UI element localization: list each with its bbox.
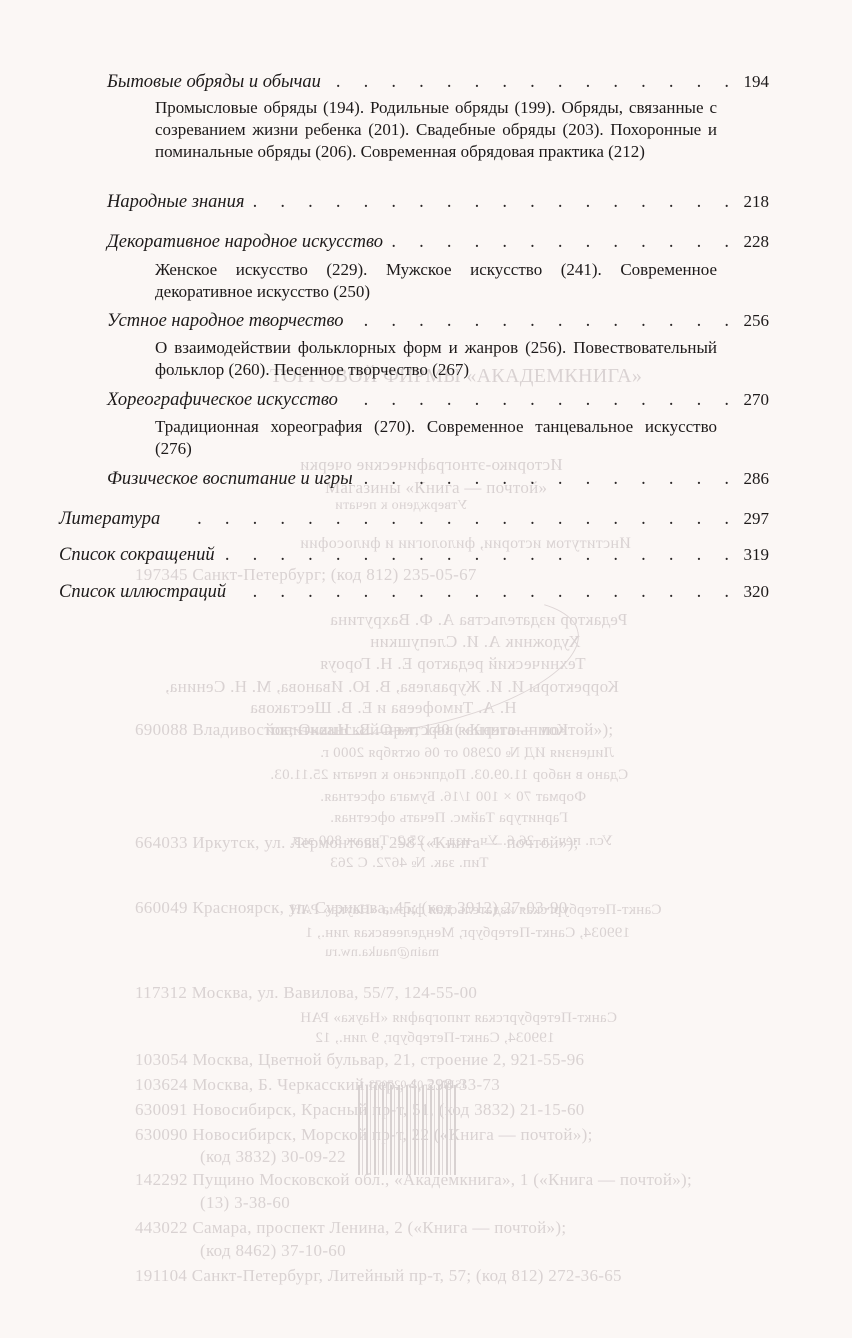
bleed-through-text: 103054 Москва, Цветной бульвар, 21, стро… (135, 1050, 584, 1070)
dot-leader (389, 230, 729, 254)
toc-entry[interactable]: Список иллюстраций 320 (59, 580, 769, 604)
toc-entry-title: Физическое воспитание и игры (107, 467, 353, 491)
toc-page-number: 228 (735, 230, 769, 254)
bleed-through-text: Технический редактор Е. Н. Гороуя (320, 654, 586, 674)
toc-subtopics: Традиционная хореография (270). Современ… (155, 416, 717, 460)
toc-entry-title: Список сокращений (59, 543, 215, 567)
toc-entry-title: Устное народное творчество (107, 309, 344, 333)
barcode-ghost (358, 1085, 458, 1175)
book-page: ТОРГОВОЙ ФИРМЫ «АКАДЕМКНИГА»Историко-этн… (0, 0, 852, 1338)
toc-subtopics: Женское искусство (229). Мужское искусст… (155, 259, 717, 303)
toc-entry[interactable]: Декоративное народное искусство 228 (107, 230, 769, 254)
bleed-through-text: Формат 70 × 100 1/16. Бумага офсетная. (320, 789, 586, 806)
toc-entry[interactable]: Хореографическое искусство 270 (107, 388, 769, 412)
toc-subtopics: О взаимодействии фольклорных форм и жанр… (155, 337, 717, 381)
bleed-through-text: 103624 Москва, Б. Черкасский пер., 4, 29… (135, 1075, 500, 1095)
dot-leader (350, 309, 729, 333)
bleed-through-text: ISBN 5-02-027073-1 (358, 1077, 466, 1092)
bleed-through-text: Компьютерная верстка О. В. Никитиной (265, 720, 568, 740)
toc-entry-title: Декоративное народное искусство (107, 230, 383, 254)
dot-leader (232, 580, 729, 604)
toc-page-number: 256 (735, 309, 769, 333)
bleed-through-text: Тип. зак. № 4672. С 263 (330, 855, 488, 872)
toc-page-number: 286 (735, 467, 769, 491)
toc-page-number: 320 (735, 580, 769, 604)
dot-leader (221, 543, 729, 567)
bleed-through-text: 191104 Санкт-Петербург, Литейный пр-т, 5… (135, 1266, 622, 1286)
bleed-through-text: Сдано в набор 11.09.03. Подписано к печа… (270, 767, 628, 784)
bleed-through-text: main@nauka.nw.ru (325, 945, 439, 961)
toc-subtopics: Промысловые обряды (194). Родильные обря… (155, 97, 717, 163)
toc-entry-title: Список иллюстраций (59, 580, 226, 604)
bleed-through-text: Лицензия ИД № 02980 от 06 октября 2000 г… (320, 745, 614, 762)
bleed-through-text: (13) 3-38-60 (200, 1193, 290, 1213)
bleed-through-text: Н. А. Тимофеева и Е. В. Шестакова (250, 698, 517, 718)
bleed-through-text: (код 3832) 30-09-22 (200, 1147, 346, 1167)
toc-page-number: 194 (735, 70, 769, 94)
bleed-through-text: 630091 Новосибирск, Красный пр-т, 51, (к… (135, 1100, 585, 1120)
toc-entry[interactable]: Литература 297 (59, 507, 769, 531)
toc-entry[interactable]: Народные знания 218 (107, 190, 769, 214)
bleed-through-text: Гарнитура Таймс. Печать офсетная. (330, 810, 568, 827)
toc-page-number: 319 (735, 543, 769, 567)
toc-entry-title: Хореографическое искусство (107, 388, 338, 412)
bleed-through-text: Усл. печ. л. 26,6. Уч.-изд. л. 25,2. Тир… (290, 833, 613, 850)
bleed-through-text: 117312 Москва, ул. Вавилова, 55/7, 124-5… (135, 983, 477, 1003)
bleed-through-text: Корректоры И. И. Журавлева, В. Ю. Иванов… (165, 677, 619, 697)
toc-page-number: 218 (735, 190, 769, 214)
bleed-through-text: Редактор издательства А. Ф. Вахрутина (330, 610, 627, 630)
dot-leader (359, 467, 729, 491)
bleed-through-text: 664033 Иркутск, ул. Лермонтова, 298 («Кн… (135, 833, 579, 853)
bleed-through-text: 660049 Красноярск, ул. Сурикова, 45; (ко… (135, 898, 568, 918)
bleed-through-text: (код 8462) 37-10-60 (200, 1241, 346, 1261)
bleed-through-text: 690088 Владивосток, Океанский пр-т, 140 … (135, 720, 613, 740)
bleed-through-text: Художник А. И. Слепушкин (370, 632, 581, 652)
bleed-through-text: 199034, Санкт-Петербург, 9 лин., 12 (315, 1030, 555, 1047)
dot-leader (344, 388, 729, 412)
toc-page-number: 270 (735, 388, 769, 412)
dot-leader (327, 70, 729, 94)
bleed-through-text: 199034, Санкт-Петербург, Менделеевская л… (305, 925, 630, 942)
bleed-through-text: Санкт-Петербургская издательская фирма «… (290, 902, 662, 919)
dot-leader (250, 190, 729, 214)
bleed-through-text: Санкт-Петербургская типография «Наука» Р… (300, 1010, 617, 1027)
toc-entry[interactable]: Список сокращений 319 (59, 543, 769, 567)
toc-entry-title: Литература (59, 507, 160, 531)
bleed-through-text: 630090 Новосибирск, Морской пр-т, 22 («К… (135, 1125, 593, 1145)
toc-entry-title: Народные знания (107, 190, 244, 214)
toc-page-number: 297 (735, 507, 769, 531)
bleed-through-text: 142292 Пущино Московской обл., «Академкн… (135, 1170, 692, 1190)
toc-entry[interactable]: Устное народное творчество 256 (107, 309, 769, 333)
toc-entry[interactable]: Физическое воспитание и игры 286 (107, 467, 769, 491)
toc-entry-title: Бытовые обряды и обычаи (107, 70, 321, 94)
toc-entry[interactable]: Бытовые обряды и обычаи 194 (107, 70, 769, 94)
dot-leader (166, 507, 729, 531)
bleed-through-text: 443022 Самара, проспект Ленина, 2 («Книг… (135, 1218, 566, 1238)
